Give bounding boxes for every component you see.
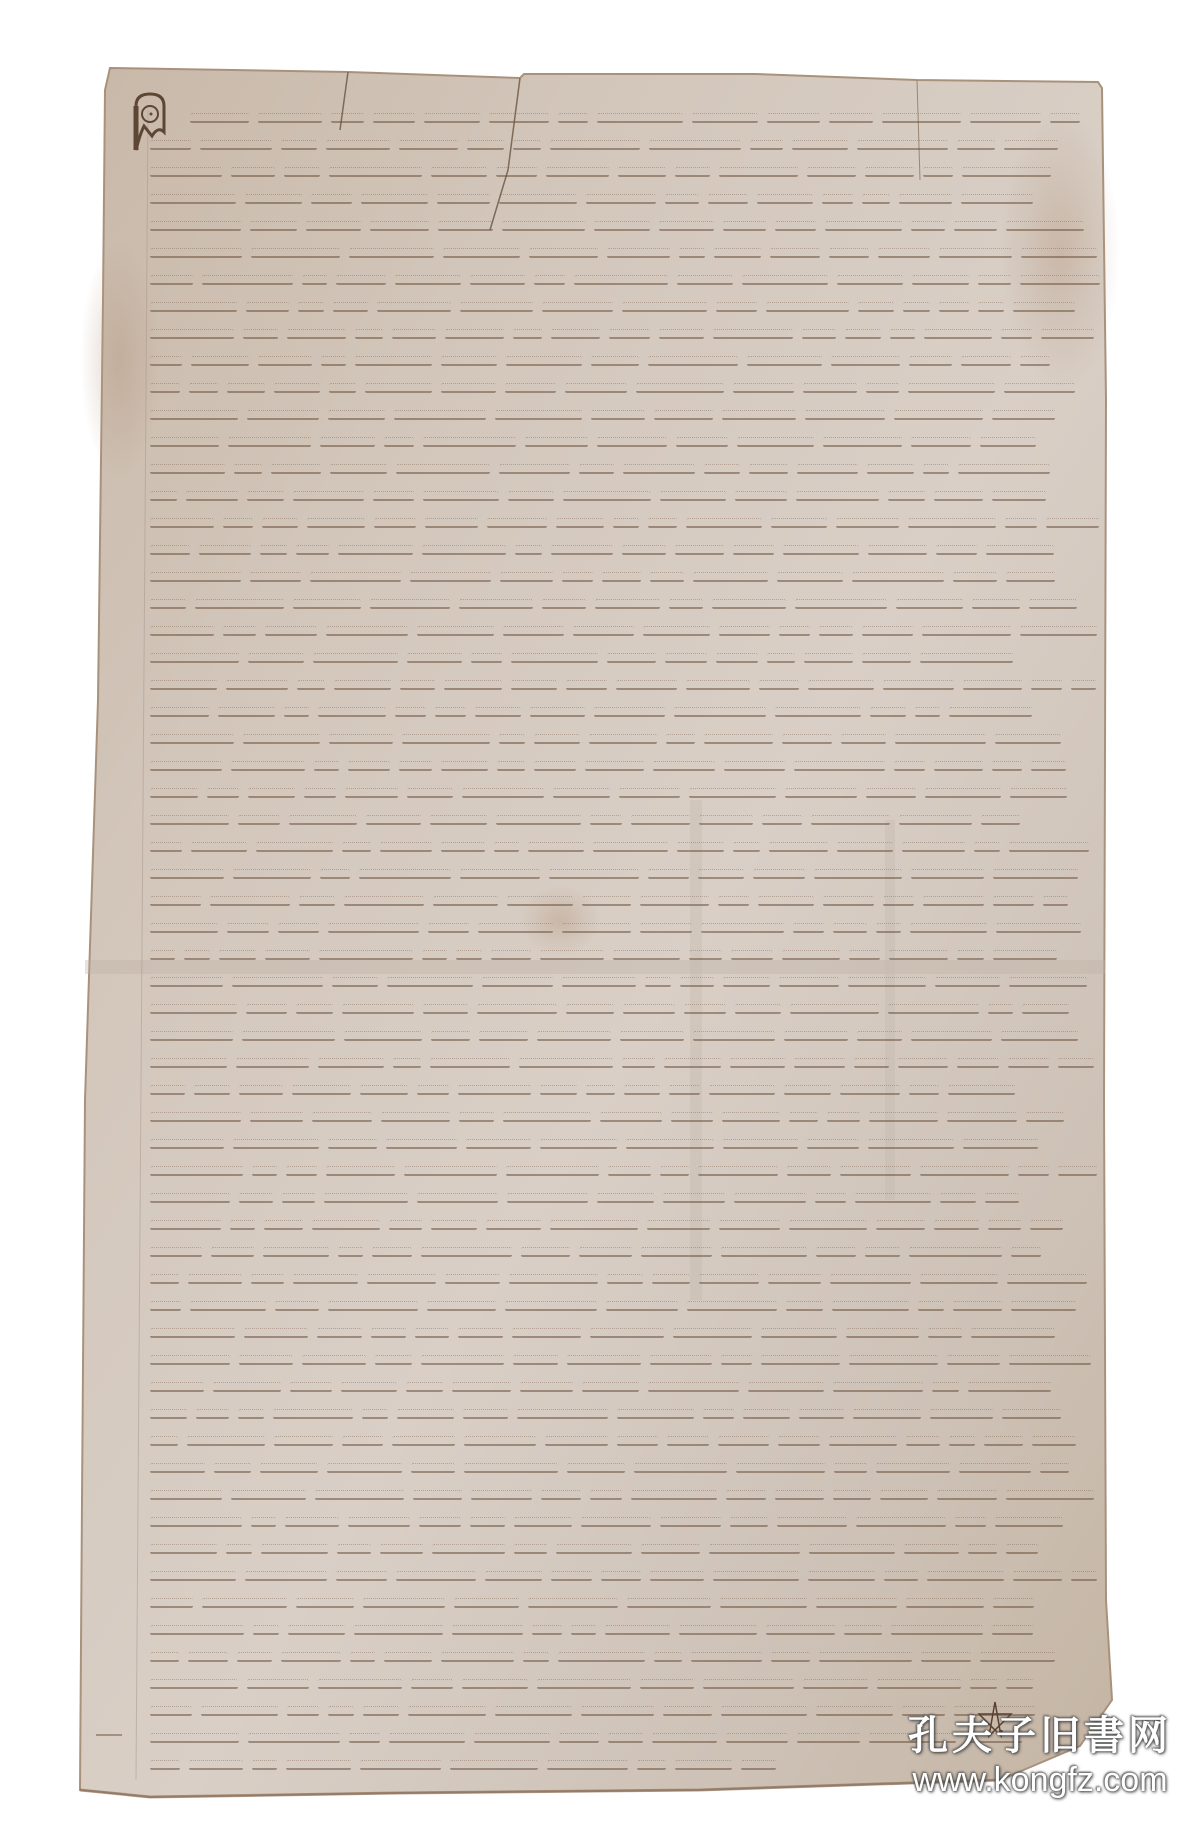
watermark-chinese: 孔夫子旧書网 (895, 1712, 1185, 1760)
manuscript-line (150, 405, 1064, 417)
manuscript-line (150, 1134, 1047, 1146)
manuscript-line (150, 675, 1105, 687)
manuscript-line (150, 1512, 1072, 1524)
manuscript-line (150, 891, 1077, 903)
manuscript-line (150, 945, 1066, 957)
manuscript-line (150, 1674, 1042, 1686)
manuscript-line (150, 1323, 1064, 1335)
manuscript-line (150, 216, 1093, 228)
manuscript-line (150, 837, 1098, 849)
manuscript-line (150, 135, 1067, 147)
manuscript-line (150, 1593, 1043, 1605)
manuscript-line (150, 783, 1076, 795)
manuscript-line (150, 864, 1087, 876)
manuscript-line (150, 1377, 1060, 1389)
manuscript-line (150, 351, 1059, 363)
watermark: 孔夫子旧書网 www.kongfz.com (895, 1712, 1185, 1800)
manuscript-line (150, 1566, 1106, 1578)
manuscript-line (150, 1485, 1103, 1497)
manuscript-line (150, 1350, 1100, 1362)
manuscript-line (150, 594, 1086, 606)
manuscript-line (150, 648, 1022, 660)
manuscript-line (150, 756, 1075, 768)
manuscript-line (150, 918, 1090, 930)
manuscript-line (150, 1242, 1050, 1254)
manuscript-line (150, 162, 1060, 174)
manuscript-line (150, 378, 1084, 390)
manuscript-line (150, 810, 1029, 822)
manuscript-line (150, 1269, 1096, 1281)
manuscript-text (150, 96, 1110, 1786)
manuscript-line (150, 621, 1106, 633)
manuscript-line (150, 1053, 1103, 1065)
manuscript-line (150, 1188, 1028, 1200)
manuscript-line (150, 1215, 1072, 1227)
manuscript-line (150, 540, 1063, 552)
manuscript-line (150, 702, 1041, 714)
manuscript-line (190, 108, 1089, 120)
manuscript-line (150, 1296, 1085, 1308)
manuscript-line (150, 243, 1106, 255)
manuscript-line (150, 729, 1070, 741)
manuscript-line (150, 1026, 1087, 1038)
manuscript-line (150, 1647, 1064, 1659)
manuscript-line (150, 1539, 1047, 1551)
manuscript-line (150, 972, 1096, 984)
manuscript-line (150, 1458, 1078, 1470)
margin-note (96, 1724, 122, 1736)
manuscript-line (150, 1404, 1070, 1416)
manuscript-line (150, 1620, 1042, 1632)
manuscript-line (150, 567, 1064, 579)
manuscript-line (150, 1161, 1106, 1173)
manuscript-line (150, 270, 1109, 282)
manuscript-line (150, 1080, 1024, 1092)
manuscript-line (150, 1755, 785, 1767)
manuscript-line (150, 459, 1059, 471)
manuscript-line (150, 432, 1045, 444)
manuscript-line (150, 1107, 1073, 1119)
manuscript-line (150, 1431, 1085, 1443)
manuscript-line (150, 297, 1084, 309)
manuscript-line (150, 513, 1108, 525)
manuscript-line (150, 999, 1078, 1011)
manuscript-line (150, 486, 1055, 498)
manuscript-line (150, 324, 1103, 336)
manuscript-line (150, 189, 1042, 201)
watermark-url: www.kongfz.com (895, 1760, 1185, 1800)
